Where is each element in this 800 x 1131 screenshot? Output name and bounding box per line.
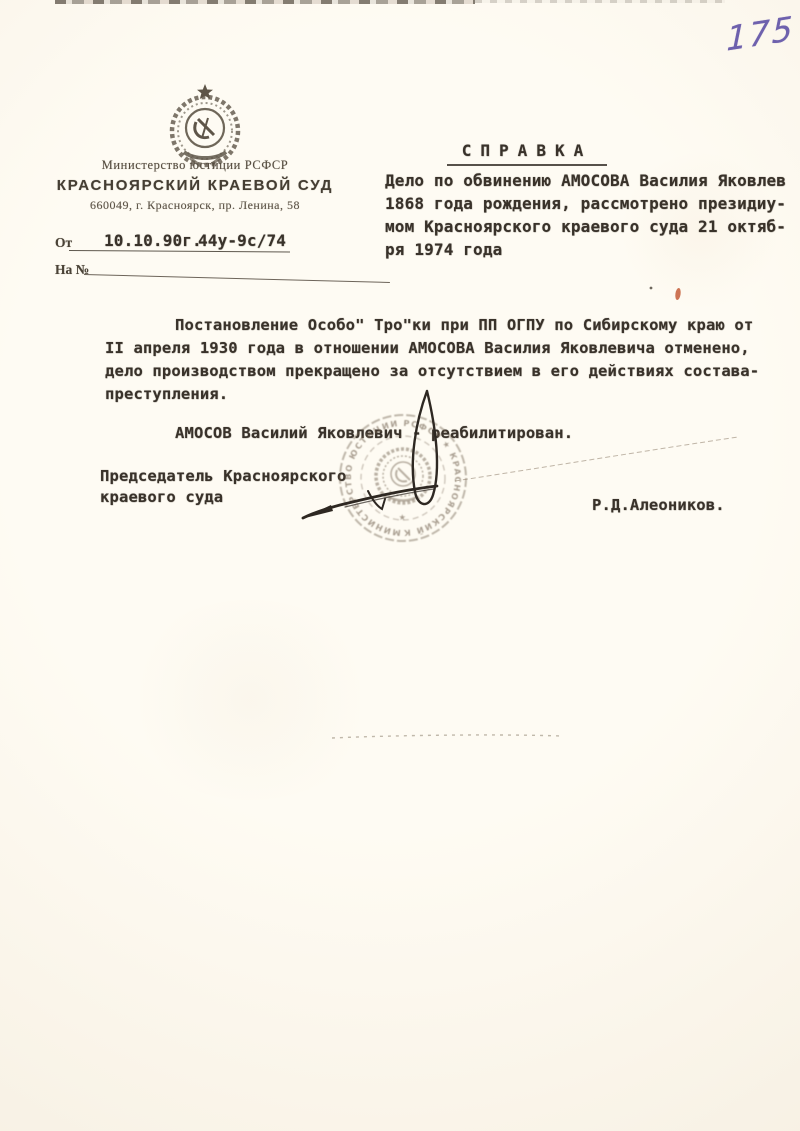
svg-text:★: ★ (399, 512, 408, 522)
ref-underline (84, 274, 390, 283)
stamp-ring-text: МИНИСТЕРСТВО ЮСТИЦИИ РСФСР ★ КРАСНОЯРСКИ… (318, 392, 463, 538)
ref-on-number-label: На № (55, 262, 89, 278)
document-title: СПРАВКА (447, 141, 607, 166)
case-line: Дело по обвинению АМОСОВА Василия Яковле… (385, 169, 800, 192)
body-line: дело производством прекращено за отсутст… (105, 360, 795, 383)
body-line: Постановление Особо" Тро"ки при ПП ОГПУ … (105, 314, 795, 337)
handwritten-page-number: 175 (726, 8, 795, 58)
official-seal-stamp: МИНИСТЕРСТВО ЮСТИЦИИ РСФСР ★ КРАСНОЯРСКИ… (318, 392, 488, 564)
letterhead-court-name: КРАСНОЯРСКИЙ КРАЕВОЙ СУД (42, 177, 348, 194)
letterhead: Министерство юстиции РСФСР КРАСНОЯРСКИЙ … (42, 158, 348, 213)
signatory-title: Председатель Красноярского краевого суда (100, 466, 347, 508)
rsfsr-coat-of-arms-icon (150, 82, 260, 168)
ref-underline (69, 250, 290, 253)
case-description: Дело по обвинению АМОСОВА Василия Яковле… (385, 169, 800, 261)
scan-edge-artifact (55, 0, 475, 4)
scanned-document-page: 175 Министерство юстиции РСФСР КРАСНОЯРС… (0, 0, 800, 1131)
paper-stain (120, 600, 380, 800)
signatory-title-line: краевого суда (100, 487, 347, 508)
signatory-name: Р.Д.Алеоников. (592, 496, 725, 514)
scratch-line (455, 437, 738, 481)
case-line: 1868 года рождения, рассмотрено президиу… (385, 192, 800, 215)
ref-date-value: 10.10.90г. (104, 231, 202, 250)
case-line: ря 1974 года (385, 238, 800, 261)
signatory-title-line: Председатель Красноярского (100, 466, 347, 487)
case-line: мом Красноярского краевого суда 21 октяб… (385, 215, 800, 238)
stamp-center-emblem-icon (376, 449, 430, 503)
ref-case-number-value: 44у-9с/74 (198, 231, 286, 250)
ref-from-label: От (55, 235, 72, 251)
letterhead-address: 660049, г. Красноярск, пр. Ленина, 58 (42, 198, 348, 213)
body-line: II апреля 1930 года в отношении АМОСОВА … (105, 337, 795, 360)
letterhead-ministry: Министерство юстиции РСФСР (42, 158, 348, 173)
scan-edge-artifact (475, 0, 725, 3)
